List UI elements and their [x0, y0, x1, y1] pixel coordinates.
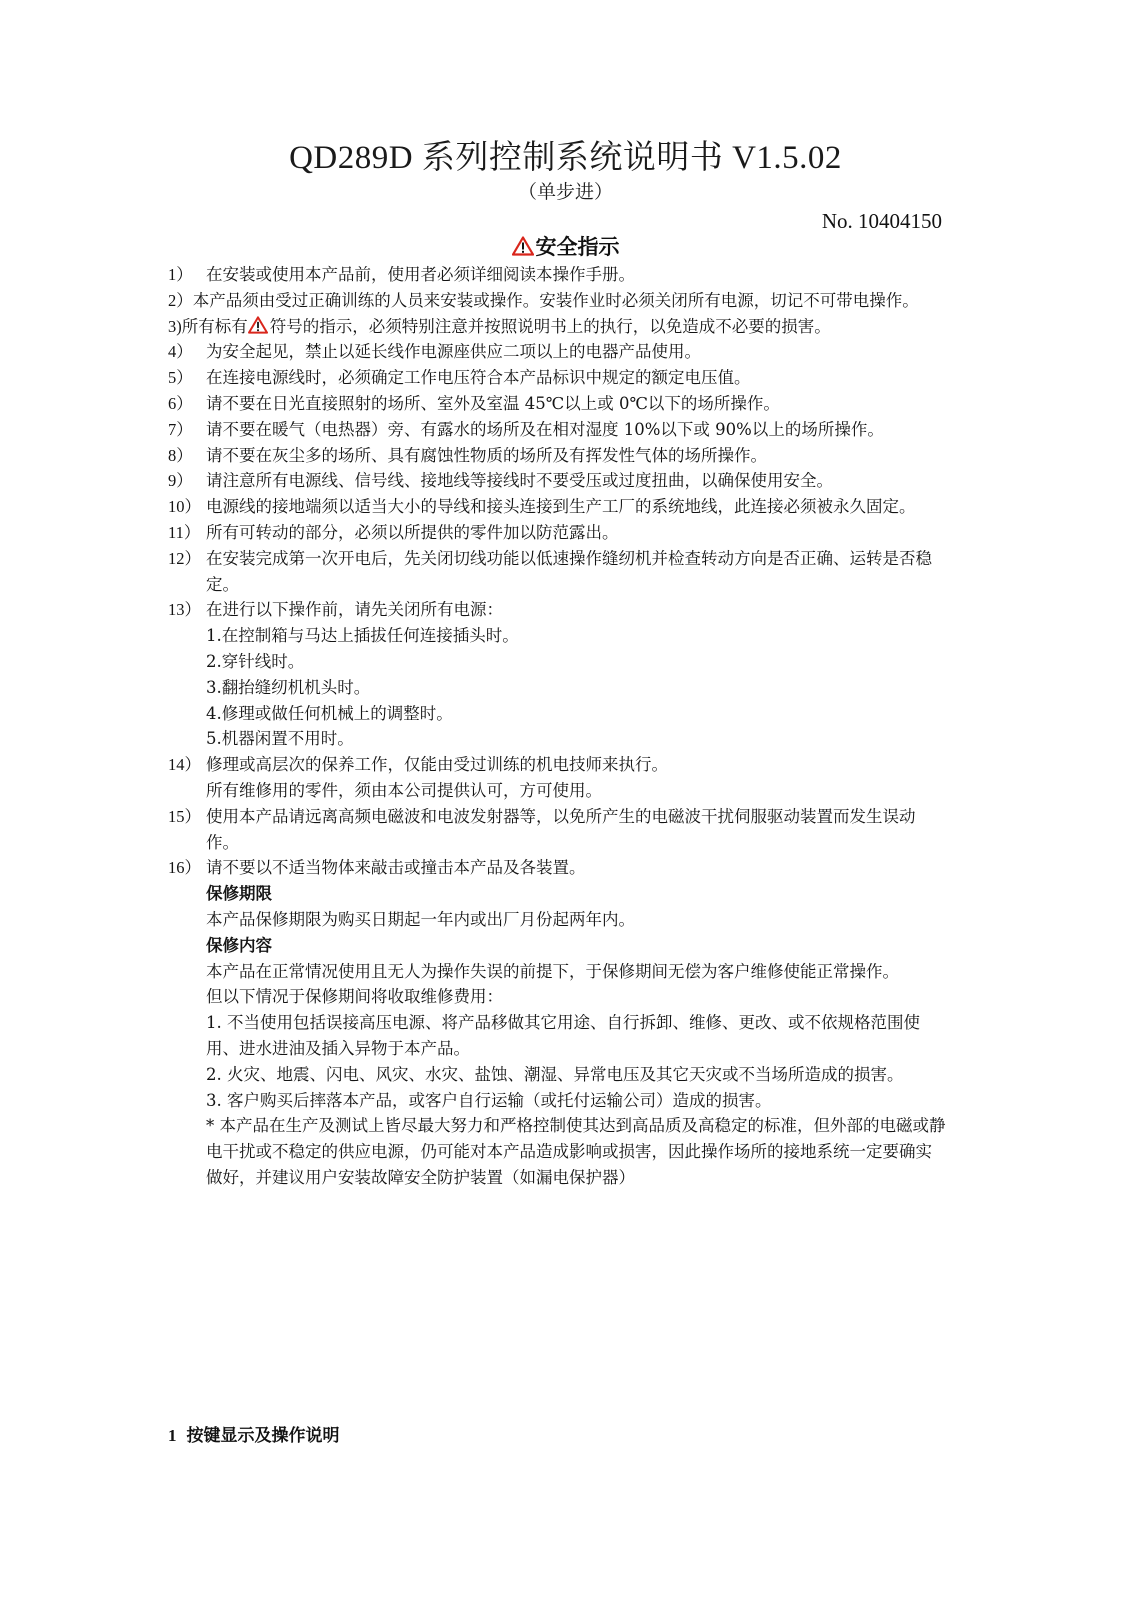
- safety-item-8: 8）请不要在灰尘多的场所、具有腐蚀性物质的场所及有挥发性气体的场所操作。: [168, 443, 948, 469]
- subitem: 4.修理或做任何机械上的调整时。: [206, 701, 948, 727]
- warranty-fee-item-2: 2. 火灾、地震、闪电、风灾、水灾、盐蚀、潮湿、异常电压及其它天灾或不当场所造成…: [206, 1062, 948, 1088]
- item-number: 12）: [168, 546, 201, 572]
- safety-item-2: 2）本产品须由受过正确训练的人员来安装或操作。安装作业时必须关闭所有电源，切记不…: [168, 288, 948, 314]
- item-text: 所有标有: [182, 317, 248, 336]
- warning-triangle-icon: [512, 236, 534, 256]
- warranty-content-text: 本产品在正常情况使用且无人为操作失误的前提下，于保修期间无偿为客户维修使能正常操…: [206, 959, 948, 985]
- item-number: 11）: [168, 520, 200, 546]
- item-text: 电源线的接地端须以适当大小的导线和接头连接到生产工厂的系统地线，此连接必须被永久…: [206, 497, 916, 516]
- item-number: 5）: [168, 365, 193, 391]
- item-text: 为安全起见，禁止以延长线作电源座供应二项以上的电器产品使用。: [206, 342, 701, 361]
- item-text: 在连接电源线时，必须确定工作电压符合本产品标识中规定的额定电压值。: [206, 368, 751, 387]
- item-text: 请不要在日光直接照射的场所、室外及室温 45℃以上或 0℃以下的场所操作。: [206, 394, 780, 413]
- subitem: 2.穿针线时。: [206, 649, 948, 675]
- document-title: QD289D 系列控制系统说明书 V1.5.02: [0, 136, 1131, 180]
- warranty-fee-item-1: 1. 不当使用包括误接高压电源、将产品移做其它用途、自行拆卸、维修、更改、或不依…: [206, 1010, 948, 1062]
- subitem: 5.机器闲置不用时。: [206, 726, 948, 752]
- safety-item-13: 13）在进行以下操作前，请先关闭所有电源： 1.在控制箱与马达上插拔任何连接插头…: [168, 597, 948, 752]
- item-number: 3): [168, 317, 182, 336]
- item-text: 请不要在灰尘多的场所、具有腐蚀性物质的场所及有挥发性气体的场所操作。: [206, 446, 767, 465]
- safety-item-1: 1）在安装或使用本产品前，使用者必须详细阅读本操作手册。: [168, 262, 948, 288]
- item-number: 8）: [168, 443, 193, 469]
- safety-heading-text: 安全指示: [536, 234, 620, 259]
- item-text: 符号的指示，必须特别注意并按照说明书上的执行，以免造成不必要的损害。: [270, 317, 831, 336]
- safety-item-15: 15）使用本产品请远离高频电磁波和电波发射器等，以免所产生的电磁波干扰伺服驱动装…: [168, 804, 948, 856]
- item-number: 9）: [168, 468, 193, 494]
- subitem: 所有维修用的零件，须由本公司提供认可，方可使用。: [206, 778, 948, 804]
- item-text: 请不要在暖气（电热器）旁、有露水的场所及在相对湿度 10%以下或 90%以上的场…: [206, 420, 884, 439]
- warranty-section: 保修期限 本产品保修期限为购买日期起一年内或出厂月份起两年内。 保修内容 本产品…: [168, 881, 948, 1191]
- item-number: 2）: [168, 291, 193, 310]
- document-subtitle: （单步进）: [0, 180, 1131, 204]
- document-page: QD289D 系列控制系统说明书 V1.5.02 （单步进） No. 10404…: [0, 0, 1131, 1600]
- item-number: 13）: [168, 597, 201, 623]
- safety-item-16: 16）请不要以不适当物体来敲击或撞击本产品及各装置。: [168, 855, 948, 881]
- safety-item-3: 3)所有标有 符号的指示，必须特别注意并按照说明书上的执行，以免造成不必要的损害…: [168, 314, 948, 340]
- item-text: 请不要以不适当物体来敲击或撞击本产品及各装置。: [206, 858, 586, 877]
- document-body: 1）在安装或使用本产品前，使用者必须详细阅读本操作手册。 2）本产品须由受过正确…: [168, 262, 948, 1191]
- safety-item-6: 6）请不要在日光直接照射的场所、室外及室温 45℃以上或 0℃以下的场所操作。: [168, 391, 948, 417]
- warranty-period-text: 本产品保修期限为购买日期起一年内或出厂月份起两年内。: [206, 907, 948, 933]
- safety-item-12: 12） 在安装完成第一次开电后，先关闭切线功能以低速操作缝纫机并检查转动方向是否…: [168, 546, 948, 598]
- item-number: 6）: [168, 391, 193, 417]
- subitem: 3.翻抬缝纫机机头时。: [206, 675, 948, 701]
- safety-item-4: 4）为安全起见，禁止以延长线作电源座供应二项以上的电器产品使用。: [168, 339, 948, 365]
- item-text: 在安装或使用本产品前，使用者必须详细阅读本操作手册。: [206, 265, 635, 284]
- safety-item-11: 11）所有可转动的部分，必须以所提供的零件加以防范露出。: [168, 520, 948, 546]
- item-text: 在安装完成第一次开电后，先关闭切线功能以低速操作缝纫机并检查转动方向是否正确、运…: [206, 549, 932, 594]
- item-number: 14）: [168, 752, 201, 778]
- warranty-period-heading: 保修期限: [206, 881, 948, 907]
- item-number: 15）: [168, 804, 201, 830]
- document-number: No. 10404150: [822, 207, 942, 235]
- item-number: 4）: [168, 339, 193, 365]
- item-text: 请注意所有电源线、信号线、接地线等接线时不要受压或过度扭曲，以确保使用安全。: [206, 471, 833, 490]
- safety-item-9: 9）请注意所有电源线、信号线、接地线等接线时不要受压或过度扭曲，以确保使用安全。: [168, 468, 948, 494]
- item-text: 使用本产品请远离高频电磁波和电波发射器等，以免所产生的电磁波干扰伺服驱动装置而发…: [206, 807, 916, 852]
- safety-item-14: 14）修理或高层次的保养工作，仅能由受过训练的机电技师来执行。 所有维修用的零件…: [168, 752, 948, 804]
- warranty-note: * 本产品在生产及测试上皆尽最大努力和严格控制使其达到高品质及高稳定的标准，但外…: [206, 1113, 948, 1190]
- section-title: 按键显示及操作说明: [187, 1426, 340, 1446]
- section-heading-1: 1按键显示及操作说明: [168, 1424, 340, 1448]
- safety-item-10: 10）电源线的接地端须以适当大小的导线和接头连接到生产工厂的系统地线，此连接必须…: [168, 494, 948, 520]
- safety-item-5: 5）在连接电源线时，必须确定工作电压符合本产品标识中规定的额定电压值。: [168, 365, 948, 391]
- safety-item-7: 7）请不要在暖气（电热器）旁、有露水的场所及在相对湿度 10%以下或 90%以上…: [168, 417, 948, 443]
- item-number: 10）: [168, 494, 201, 520]
- item-number: 1）: [168, 262, 193, 288]
- item-number: 16）: [168, 855, 201, 881]
- warning-triangle-icon: [248, 316, 268, 334]
- item-text: 修理或高层次的保养工作，仅能由受过训练的机电技师来执行。: [206, 755, 668, 774]
- item-number: 7）: [168, 417, 193, 443]
- item-text: 在进行以下操作前，请先关闭所有电源：: [206, 600, 503, 619]
- item-text: 本产品须由受过正确训练的人员来安装或操作。安装作业时必须关闭所有电源，切记不可带…: [193, 291, 919, 310]
- warranty-fee-intro: 但以下情况于保修期间将收取维修费用：: [206, 984, 948, 1010]
- safety-heading: 安全指示: [0, 234, 1131, 260]
- section-number: 1: [168, 1426, 177, 1445]
- item-text: 所有可转动的部分，必须以所提供的零件加以防范露出。: [206, 523, 619, 542]
- warranty-fee-item-3: 3. 客户购买后摔落本产品，或客户自行运输（或托付运输公司）造成的损害。: [206, 1088, 948, 1114]
- warranty-content-heading: 保修内容: [206, 933, 948, 959]
- subitem: 1.在控制箱与马达上插拔任何连接插头时。: [206, 623, 948, 649]
